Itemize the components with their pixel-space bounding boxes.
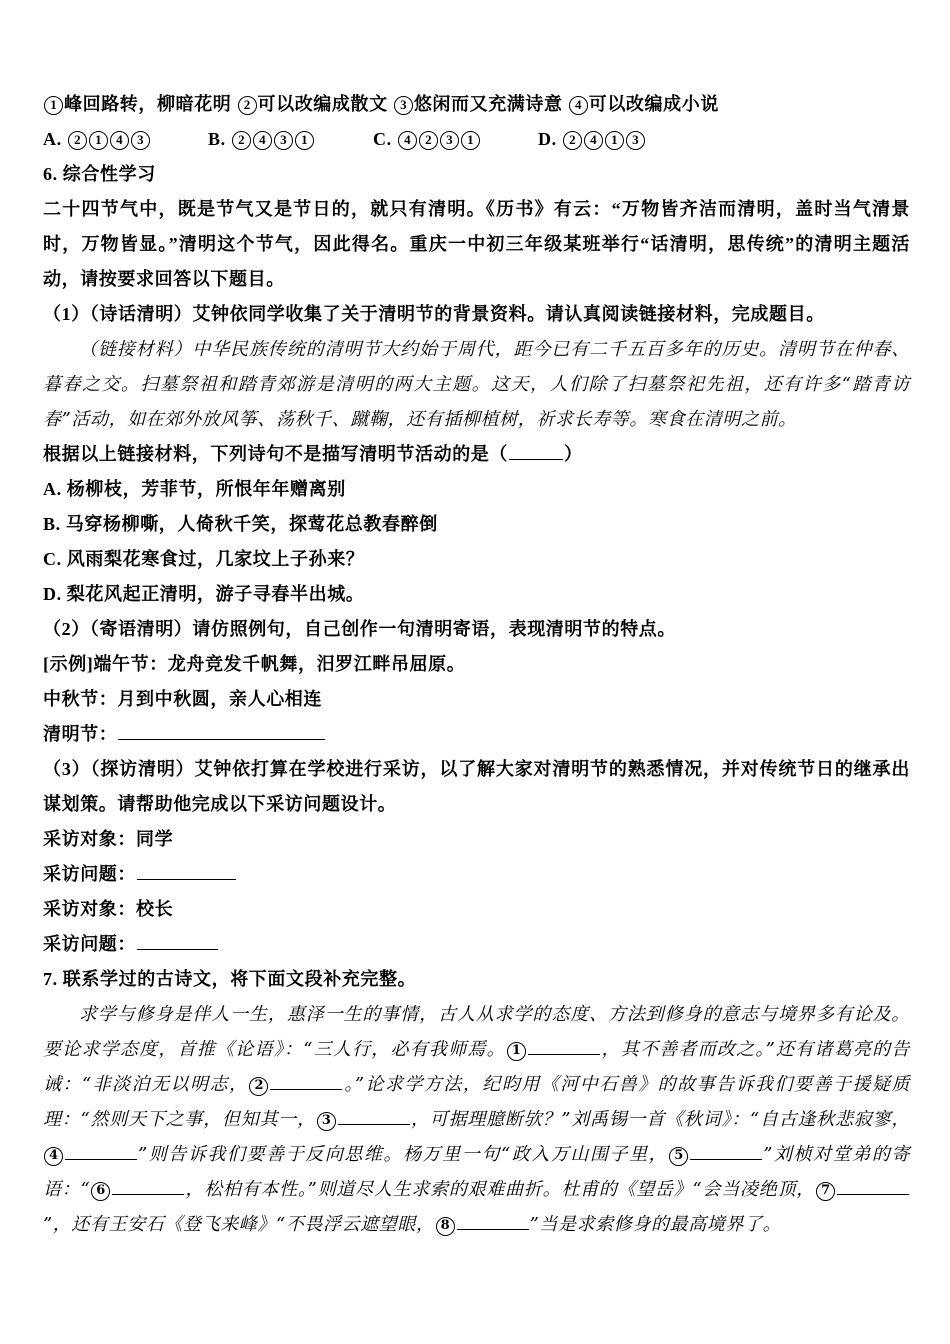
document-body: 1峰回路转，柳暗花明 2可以改编成散文 3悠闲而又充满诗意 4可以改编成小说 A… bbox=[43, 87, 910, 1242]
circled-number: 6 bbox=[91, 1182, 110, 1201]
circled-number: 2 bbox=[419, 131, 438, 150]
circled-number: 3 bbox=[317, 1112, 336, 1131]
q6-part3-heading: （3）（探访清明）艾钟依打算在学校进行采访，以了解大家对清明节的熟悉情况，并对传… bbox=[43, 752, 910, 822]
q6-part2-qingming-blank-line: 清明节： bbox=[43, 717, 910, 752]
circled-number: 4 bbox=[584, 131, 603, 150]
answer-blank bbox=[270, 1072, 342, 1090]
answer-blank bbox=[528, 1037, 600, 1055]
circled-number: 5 bbox=[669, 1147, 688, 1166]
circled-number: 3 bbox=[131, 131, 150, 150]
circled-number: 3 bbox=[440, 131, 459, 150]
q5-choice-c: C. 4231 bbox=[373, 122, 538, 157]
q6-part3-interviewee-principal: 采访对象：校长 bbox=[43, 892, 910, 927]
circled-number: 1 bbox=[461, 131, 480, 150]
answer-blank bbox=[509, 442, 563, 460]
q6-part2-example: [示例]端午节：龙舟竞发千帆舞，汨罗江畔吊屈原。 bbox=[43, 647, 910, 682]
q5-sequence-items: 1峰回路转，柳暗花明 2可以改编成散文 3悠闲而又充满诗意 4可以改编成小说 bbox=[43, 87, 910, 122]
circled-number: 2 bbox=[68, 131, 87, 150]
circled-number: 2 bbox=[563, 131, 582, 150]
circled-number: 1 bbox=[295, 131, 314, 150]
circled-number: 4 bbox=[44, 1147, 63, 1166]
q6-part1-linked-material: （链接材料）中华民族传统的清明节大约始于周代，距今已有二千五百多年的历史。清明节… bbox=[43, 332, 910, 437]
q5-choice-b: B. 2431 bbox=[208, 122, 373, 157]
q7-fill-in-passage: 求学与修身是伴人一生，惠泽一生的事情，古人从求学的态度、方法到修身的意志与境界多… bbox=[43, 997, 910, 1242]
circled-number: 3 bbox=[626, 131, 645, 150]
answer-blank bbox=[457, 1212, 529, 1230]
answer-blank bbox=[118, 722, 325, 740]
q5-choices-row: A. 2143B. 2431C. 4231D. 2413 bbox=[43, 122, 910, 157]
circled-number: 4 bbox=[398, 131, 417, 150]
q6-part3-interview-question-2: 采访问题： bbox=[43, 927, 910, 962]
q6-part3-interview-question-1: 采访问题： bbox=[43, 857, 910, 892]
q6-part1-question: 根据以上链接材料，下列诗句不是描写清明节活动的是（） bbox=[43, 437, 910, 472]
q6-part1-option-c: C. 风雨梨花寒食过，几家坟上子孙来？ bbox=[43, 542, 910, 577]
circled-number: 2 bbox=[232, 131, 251, 150]
circled-number: 4 bbox=[253, 131, 272, 150]
q6-intro-paragraph: 二十四节气中，既是节气又是节日的，就只有清明。《历书》有云：“万物皆齐洁而清明，… bbox=[43, 192, 910, 297]
exam-document-page: 1峰回路转，柳暗花明 2可以改编成散文 3悠闲而又充满诗意 4可以改编成小说 A… bbox=[0, 0, 950, 1344]
q6-part1-heading: （1）（诗话清明）艾钟依同学收集了关于清明节的背景资料。请认真阅读链接材料，完成… bbox=[43, 297, 910, 332]
answer-blank bbox=[338, 1107, 410, 1125]
circled-number: 2 bbox=[249, 1077, 268, 1096]
circled-number: 1 bbox=[44, 96, 63, 115]
q5-choice-a: A. 2143 bbox=[43, 122, 208, 157]
q6-heading: 6. 综合性学习 bbox=[43, 157, 910, 192]
answer-blank bbox=[65, 1142, 137, 1160]
q6-part1-option-a: A. 杨柳枝，芳菲节，所恨年年赠离别 bbox=[43, 472, 910, 507]
circled-number: 2 bbox=[238, 96, 257, 115]
answer-blank bbox=[112, 1177, 184, 1195]
q6-part2-mid-autumn-line: 中秋节：月到中秋圆，亲人心相连 bbox=[43, 682, 910, 717]
circled-number: 4 bbox=[110, 131, 129, 150]
q6-part2-heading: （2）（寄语清明）请仿照例句，自己创作一句清明寄语，表现清明节的特点。 bbox=[43, 612, 910, 647]
circled-number: 3 bbox=[274, 131, 293, 150]
q6-part3-interviewee-students: 采访对象：同学 bbox=[43, 822, 910, 857]
circled-number: 1 bbox=[605, 131, 624, 150]
circled-number: 8 bbox=[436, 1217, 455, 1236]
circled-number: 3 bbox=[394, 96, 413, 115]
q7-heading: 7. 联系学过的古诗文，将下面文段补充完整。 bbox=[43, 962, 910, 997]
circled-number: 1 bbox=[507, 1042, 526, 1061]
q5-choice-d: D. 2413 bbox=[538, 122, 646, 157]
circled-number: 1 bbox=[89, 131, 108, 150]
q6-part1-option-d: D. 梨花风起正清明，游子寻春半出城。 bbox=[43, 577, 910, 612]
answer-blank bbox=[837, 1177, 909, 1195]
answer-blank bbox=[137, 862, 236, 880]
circled-number: 7 bbox=[816, 1182, 835, 1201]
answer-blank bbox=[690, 1142, 762, 1160]
answer-blank bbox=[137, 932, 218, 950]
circled-number: 4 bbox=[569, 96, 588, 115]
q6-part1-option-b: B. 马穿杨柳嘶，人倚秋千笑，探莺花总教春醉倒 bbox=[43, 507, 910, 542]
